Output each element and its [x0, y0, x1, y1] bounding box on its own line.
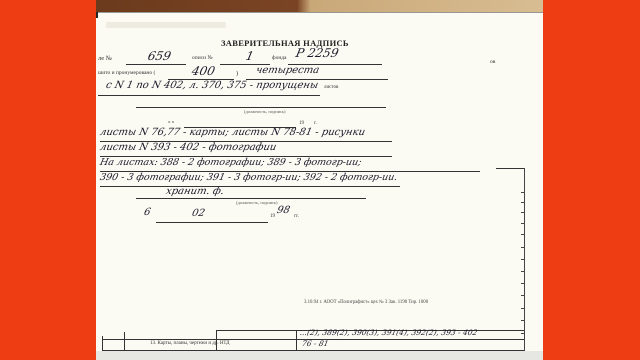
bottom-row-value: 76 - 81	[301, 339, 329, 348]
signature-caption: (должность, подпись)	[236, 200, 278, 205]
note-line: листы N 393 - 402 - фотографии	[99, 142, 278, 153]
bottom-row-label: 13. Карты, планы, чертежи и др. НТД	[150, 341, 230, 346]
faded-text	[106, 22, 226, 28]
right-margin-fragment: ов	[490, 59, 495, 65]
archive-document-page: ЗАВЕРИТЕЛЬНАЯ НАДПИСЬ ле № 659 описи № 1…	[96, 0, 543, 360]
signature-text: хранит. ф.	[165, 186, 225, 197]
tick-mark	[521, 295, 525, 296]
table-border	[524, 168, 525, 353]
date-suffix: гг.	[294, 214, 299, 219]
tick-mark	[521, 212, 525, 213]
table-border	[216, 330, 217, 350]
delo-underline	[126, 64, 186, 65]
page-bottom-edge	[96, 351, 543, 360]
fond-value: Р 2259	[295, 46, 340, 60]
position-signature-caption: (должность, подпись)	[244, 109, 286, 114]
date-day: 6	[143, 207, 152, 218]
date-month: 02	[191, 208, 206, 219]
date-year-suffix: г.	[314, 121, 317, 126]
date-quote: « »	[168, 120, 174, 125]
fond-label: фонда	[272, 55, 287, 61]
tick-mark	[521, 247, 525, 248]
range-underline	[98, 95, 320, 96]
tick-mark	[521, 202, 525, 203]
print-footer: 3.10.94 г. АООТ «Полиграфист» цех № 3 За…	[304, 300, 428, 305]
date-line	[156, 222, 268, 223]
sheets-range: с N 1 по N 402, л. 370, 375 - пропущены	[105, 80, 319, 91]
table-border	[496, 168, 524, 169]
signature-line	[136, 198, 366, 199]
numbered-words: четыреста	[255, 65, 320, 76]
tick-mark	[521, 192, 525, 193]
bottom-row-value: ...(2), 389(2), 390(3), 391(4), 392(2), …	[299, 328, 478, 337]
delo-value: 659	[147, 49, 173, 63]
tick-mark	[521, 283, 525, 284]
date-year-handwritten: 98	[276, 205, 291, 216]
table-border	[124, 332, 125, 350]
tick-mark	[521, 234, 525, 235]
opis-value: 1	[245, 49, 256, 63]
position-signature-line	[136, 107, 386, 108]
note-line: 390 - 3 фотографии; 391 - 3 фотогр-ии; 3…	[99, 172, 399, 183]
numbered-label: шито и пронумеровано (	[98, 70, 155, 76]
divider	[96, 12, 98, 18]
date-year-prefix: 19	[270, 214, 275, 219]
delo-label: ле №	[98, 55, 112, 62]
divider	[96, 12, 543, 13]
folder-edge-strip	[96, 0, 543, 12]
table-border	[296, 330, 297, 350]
tick-mark	[521, 259, 525, 260]
tick-mark	[521, 271, 525, 272]
tick-mark	[521, 320, 525, 321]
tick-mark	[521, 333, 525, 334]
table-border	[102, 336, 103, 350]
numbered-value: 400	[191, 64, 217, 78]
date-year-prefix: 19	[299, 121, 304, 126]
opis-label: описи №	[192, 55, 213, 61]
tick-mark	[521, 308, 525, 309]
note-underline	[100, 186, 400, 187]
tick-mark	[521, 223, 525, 224]
numbered-close: )	[236, 70, 238, 77]
note-line: На листах: 388 - 2 фотографии; 389 - 3 ф…	[99, 157, 363, 168]
sheets-label: листов	[324, 85, 338, 90]
note-line: листы N 76,77 - карты; листы N 78-81 - р…	[99, 127, 366, 138]
